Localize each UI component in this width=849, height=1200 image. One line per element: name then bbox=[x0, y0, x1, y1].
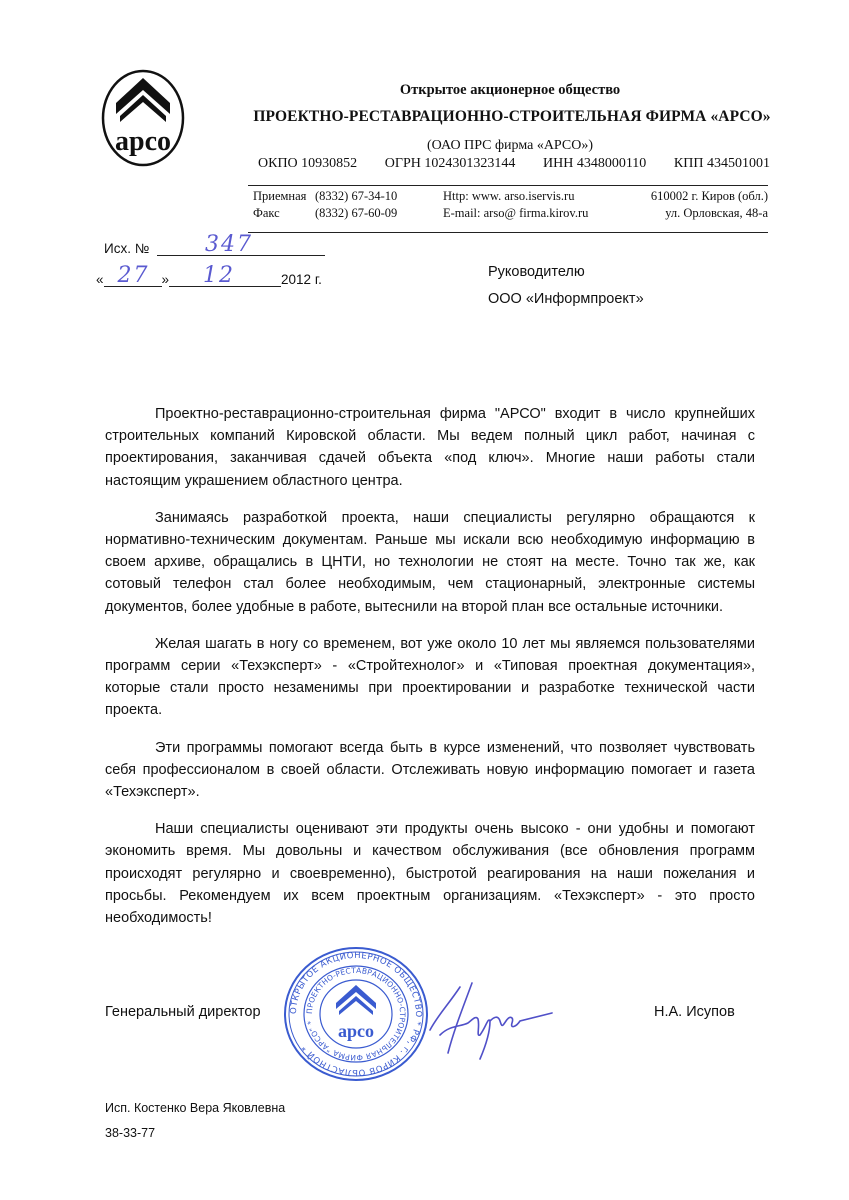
addressee-company: ООО «Информпроект» bbox=[488, 291, 644, 307]
handwritten-signature bbox=[420, 975, 560, 1065]
body-paragraph-4: Эти программы помогают всегда быть в кур… bbox=[105, 737, 755, 804]
registration-codes: ОКПО 10930852 ОГРН 1024301323144 ИНН 434… bbox=[258, 156, 770, 172]
body-paragraph-3: Желая шагать в ногу со временем, вот уже… bbox=[105, 633, 755, 722]
executor-name: Исп. Костенко Вера Яковлевна bbox=[105, 1101, 285, 1115]
date-close-quote: » bbox=[162, 272, 170, 287]
phone-number: (8332) 67-34-10 bbox=[315, 188, 397, 205]
body-paragraph-5: Наши специалисты оценивают эти продукты … bbox=[105, 818, 755, 929]
arso-logo-icon: арсо bbox=[100, 68, 186, 168]
phone-contacts: Приемная(8332) 67-34-10 Факс(8332) 67-60… bbox=[253, 188, 428, 222]
date-year: 2012 г. bbox=[281, 272, 322, 287]
executor-phone: 38-33-77 bbox=[105, 1126, 155, 1140]
header-divider-bottom bbox=[248, 232, 768, 233]
phone-label: Приемная bbox=[253, 188, 315, 205]
ogrn-code: ОГРН 1024301323144 bbox=[385, 156, 516, 172]
body-paragraph-1: Проектно-реставрационно-строительная фир… bbox=[105, 403, 755, 492]
address-line-2: ул. Орловская, 48-а bbox=[628, 205, 768, 222]
org-short-name: (ОАО ПРС фирма «АРСО») bbox=[250, 138, 770, 154]
kpp-code: КПП 434501001 bbox=[674, 156, 770, 172]
outgoing-number-field: 347 bbox=[157, 240, 325, 256]
date-month-field: 12 bbox=[169, 271, 281, 287]
web-contacts: Http: www. arso.iservis.ru E-mail: arso@… bbox=[443, 188, 613, 222]
header-divider-top bbox=[248, 185, 768, 186]
date-month-value: 12 bbox=[203, 263, 235, 288]
okpo-code: ОКПО 10930852 bbox=[258, 156, 357, 172]
postal-address: 610002 г. Киров (обл.) ул. Орловская, 48… bbox=[628, 188, 768, 222]
website: Http: www. arso.iservis.ru bbox=[443, 188, 613, 205]
outgoing-date: « 27 » 12 2012 г. bbox=[96, 271, 322, 287]
date-open-quote: « bbox=[96, 272, 104, 287]
date-day-value: 27 bbox=[118, 263, 150, 288]
outgoing-number: Исх. № 347 bbox=[104, 240, 325, 256]
addressee-title: Руководителю bbox=[488, 264, 585, 280]
outgoing-number-value: 347 bbox=[205, 232, 253, 257]
fax-label: Факс bbox=[253, 205, 315, 222]
org-type: Открытое акционерное общество bbox=[250, 82, 770, 99]
company-logo: арсо bbox=[100, 68, 186, 168]
svg-text:арсо: арсо bbox=[338, 1021, 374, 1041]
address-line-1: 610002 г. Киров (обл.) bbox=[628, 188, 768, 205]
inn-code: ИНН 4348000110 bbox=[543, 156, 646, 172]
letter-body: Проектно-реставрационно-строительная фир… bbox=[105, 403, 755, 944]
signature-scribble-icon bbox=[420, 975, 560, 1065]
outgoing-number-label: Исх. № bbox=[104, 241, 149, 256]
svg-text:арсо: арсо bbox=[115, 126, 171, 157]
stamp-seal-icon: ОТКРЫТОЕ АКЦИОНЕРНОЕ ОБЩЕСТВО * РФ, г. К… bbox=[282, 945, 430, 1083]
body-paragraph-2: Занимаясь разработкой проекта, наши спец… bbox=[105, 507, 755, 618]
company-stamp: ОТКРЫТОЕ АКЦИОНЕРНОЕ ОБЩЕСТВО * РФ, г. К… bbox=[282, 945, 430, 1083]
date-day-field: 27 bbox=[104, 271, 162, 287]
email: E-mail: arso@ firma.kirov.ru bbox=[443, 205, 613, 222]
signatory-title: Генеральный директор bbox=[105, 1004, 261, 1020]
fax-number: (8332) 67-60-09 bbox=[315, 205, 397, 222]
org-name: ПРОЕКТНО-РЕСТАВРАЦИОННО-СТРОИТЕЛЬНАЯ ФИР… bbox=[248, 108, 776, 126]
signatory-name: Н.А. Исупов bbox=[654, 1004, 735, 1020]
